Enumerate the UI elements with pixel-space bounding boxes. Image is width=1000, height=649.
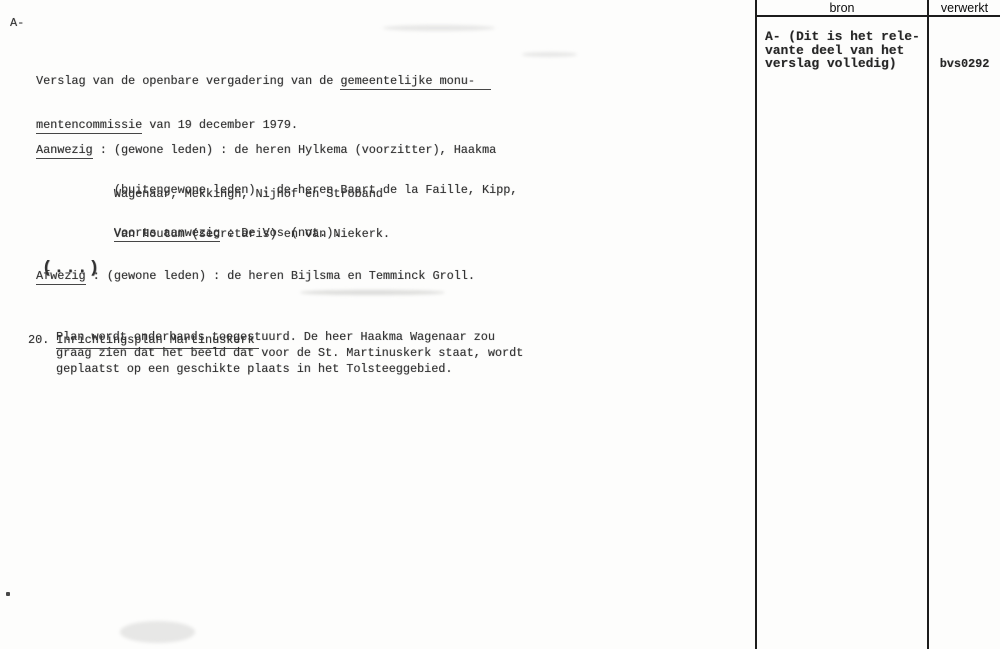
intro-underlined-1: gemeentelijke monu- (340, 74, 491, 90)
present-special-line-1: (buitengewone leden) : de heren Baart de… (36, 182, 517, 198)
table-left-rule (755, 0, 757, 649)
scan-speck (6, 592, 10, 596)
item20-body: Plan wordt onderhands toegestuurd. De he… (56, 329, 523, 377)
absent-line: Afwezig : (gewone leden) : de heren Bijl… (36, 268, 475, 284)
scan-smudge (383, 25, 495, 31)
item20-number: 20. (28, 333, 56, 347)
also-present-line: Voorts aanwezig : De Vos (not.). (36, 225, 340, 241)
source-column-header: bron (757, 1, 927, 16)
absent-paragraph: Afwezig : (gewone leden) : de heren Bijl… (36, 240, 475, 312)
scan-smudge (300, 290, 445, 295)
scan-smudge (120, 621, 195, 643)
scanned-document-page: A- Verslag van de openbare vergadering v… (0, 0, 1000, 649)
source-note: A- (Dit is het rele- vante deel van het … (765, 30, 920, 71)
intro-text-1: Verslag van de openbare vergadering van … (36, 74, 340, 88)
omission-mark: (...) (42, 256, 101, 282)
processed-value: bvs0292 (929, 57, 1000, 71)
margin-label: A- (10, 15, 24, 31)
present-special-text-1: (buitengewone leden) : de heren Baart de… (114, 183, 518, 197)
absent-text: : (gewone leden) : de heren Bijlsma en T… (86, 269, 475, 283)
scan-smudge (522, 52, 577, 57)
processed-column-header: verwerkt (929, 1, 1000, 16)
also-present-text: : De Vos (not.). (220, 226, 340, 240)
intro-line-1: Verslag van de openbare vergadering van … (36, 73, 491, 89)
table-middle-rule (927, 0, 929, 649)
